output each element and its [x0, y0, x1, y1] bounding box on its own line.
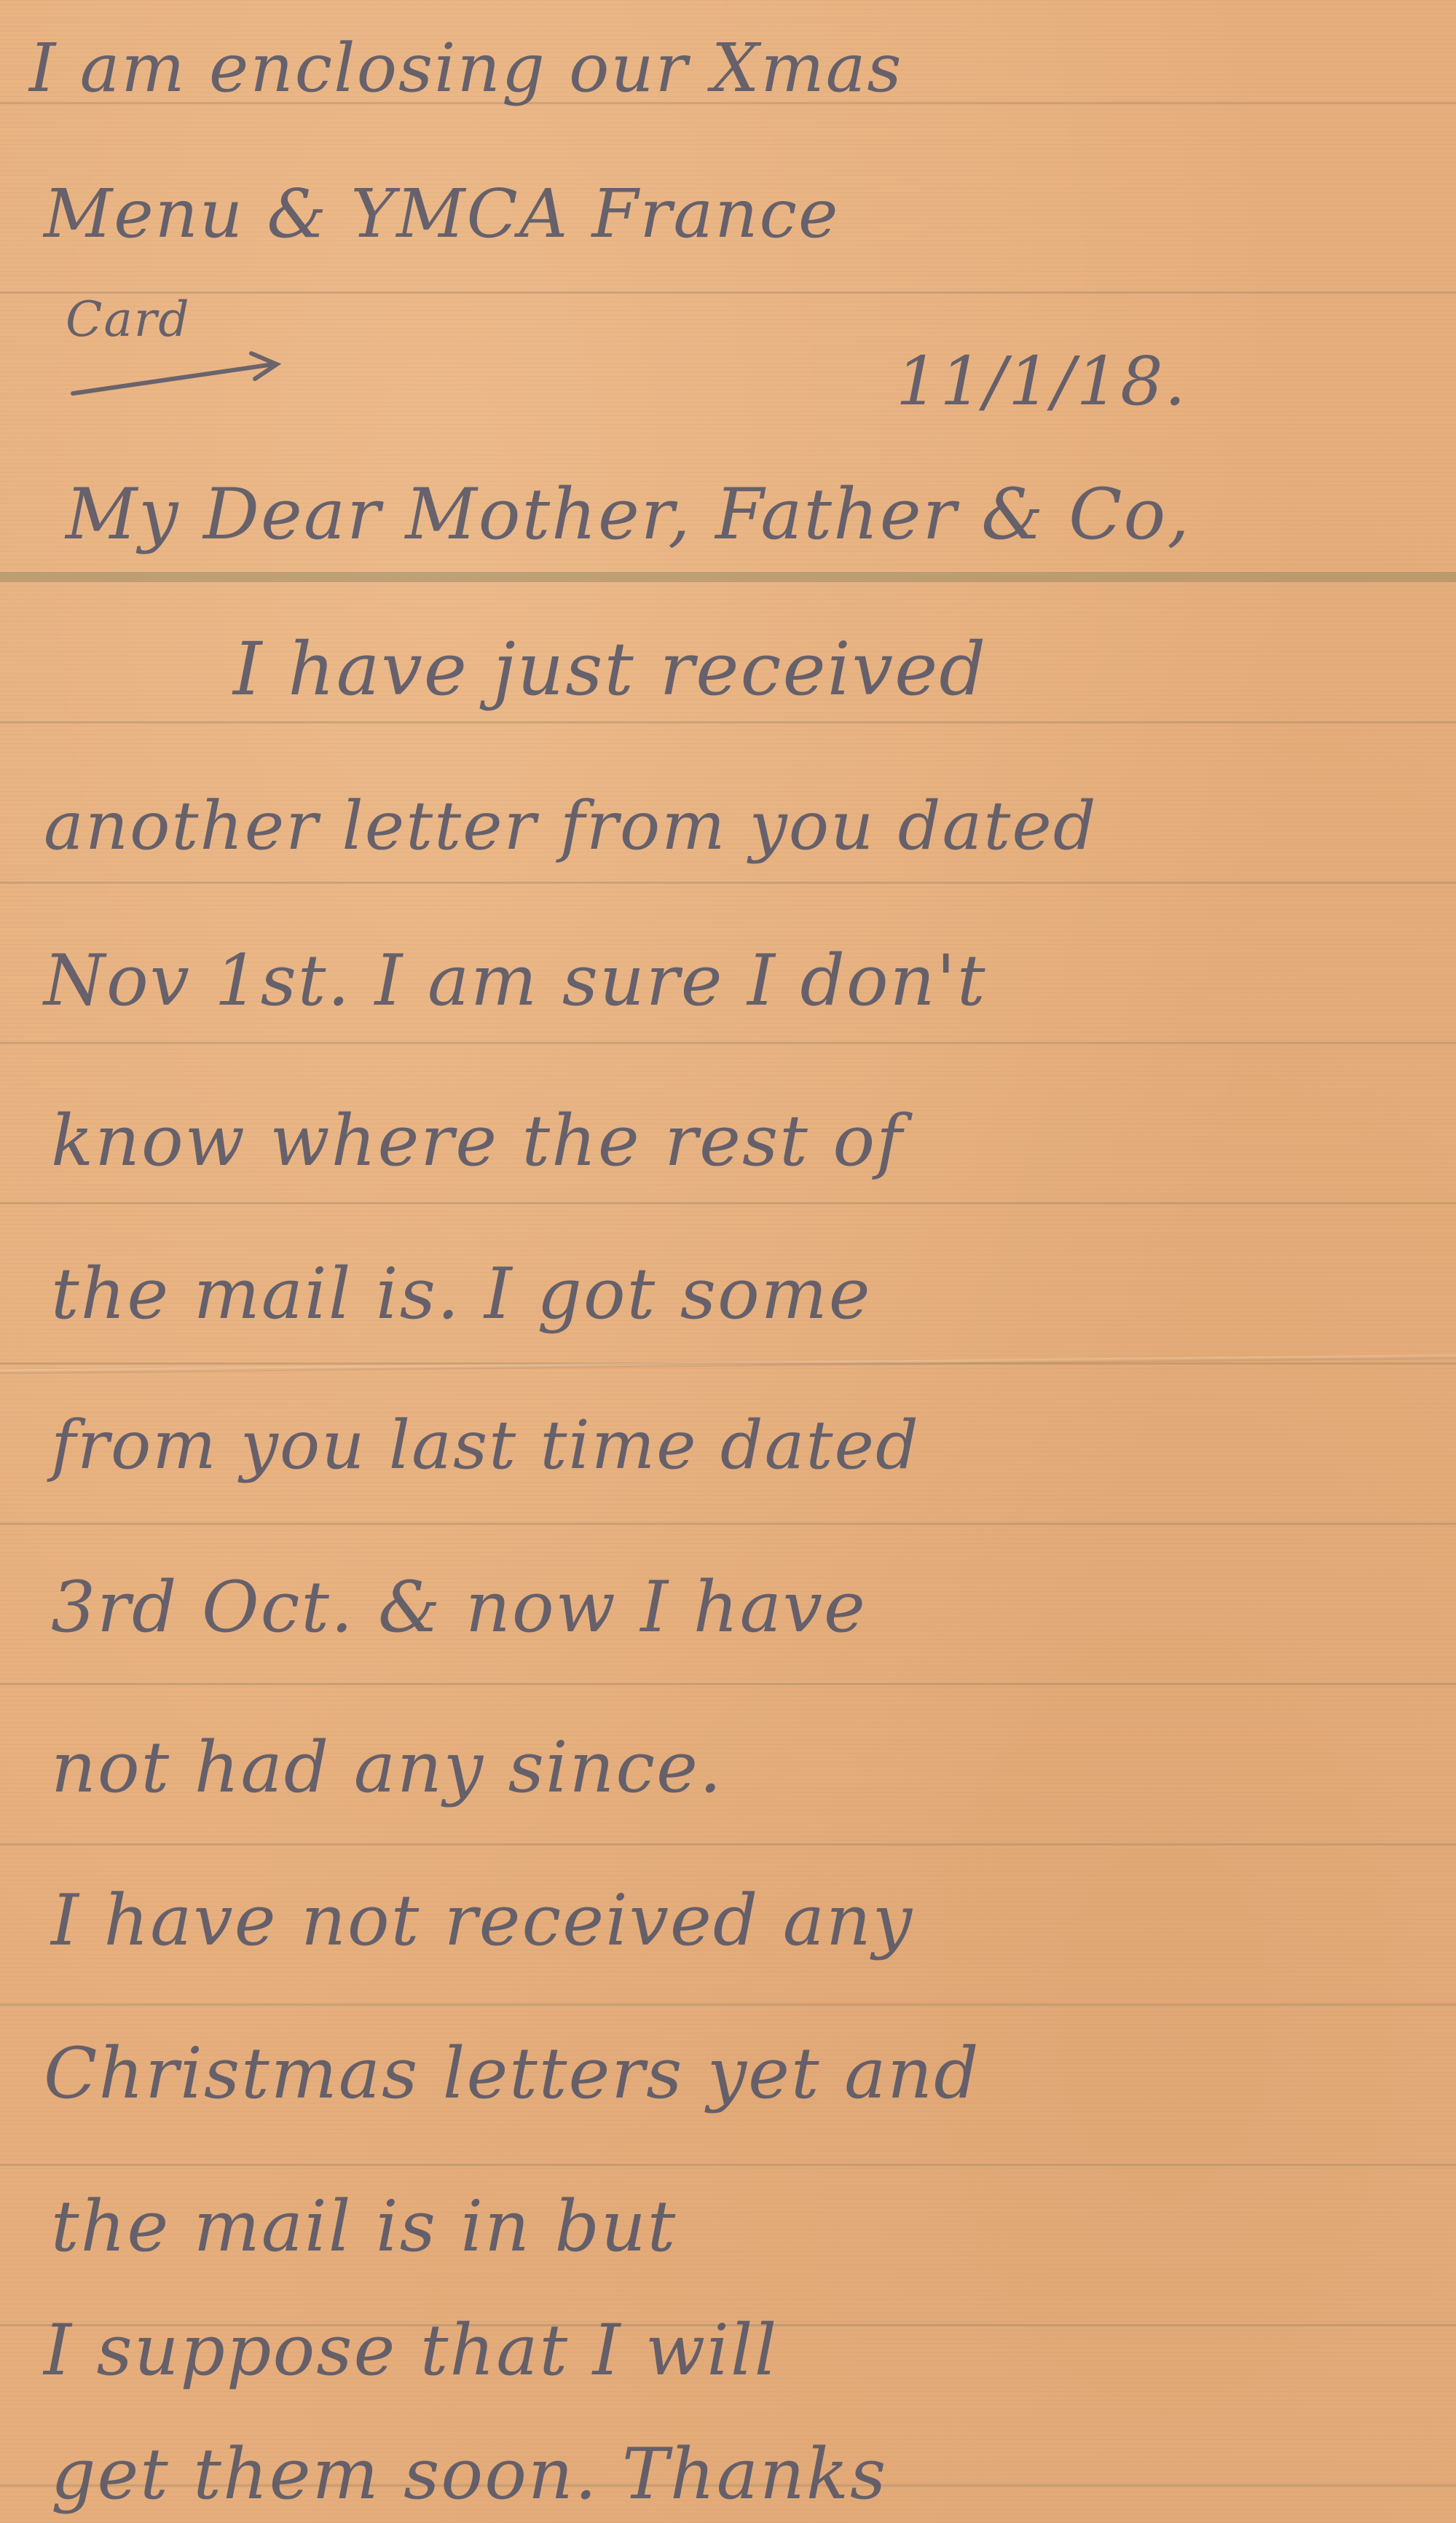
- ruled-line: [0, 2004, 1456, 2006]
- ruled-line: [0, 1523, 1456, 1525]
- body-line-10: Christmas letters yet and: [44, 2033, 980, 2114]
- ruled-line: [0, 291, 1456, 294]
- letter-paper: I am enclosing our Xmas Menu & YMCA Fran…: [0, 0, 1456, 2523]
- fold-line: [0, 572, 1456, 582]
- margin-note-line-2: Menu & YMCA France: [44, 175, 839, 253]
- ruled-line: [0, 882, 1456, 884]
- ruled-line: [0, 721, 1456, 723]
- body-line-4: know where the rest of: [51, 1100, 904, 1182]
- body-line-6: from you last time dated: [51, 1406, 920, 1484]
- margin-note-line-1: I am enclosing our Xmas: [29, 29, 903, 107]
- body-line-5: the mail is. I got some: [51, 1253, 872, 1335]
- body-line-13: get them soon. Thanks: [51, 2433, 887, 2515]
- margin-note-line-3: Card: [66, 291, 191, 348]
- body-line-1: I have just received: [233, 627, 987, 712]
- salutation: My Dear Mother, Father & Co,: [66, 474, 1191, 555]
- ruled-line: [0, 2164, 1456, 2166]
- arrow-icon: [69, 350, 288, 401]
- body-line-7: 3rd Oct. & now I have: [51, 1566, 867, 1648]
- body-line-2: another letter from you dated: [44, 787, 1098, 865]
- body-line-8: not had any since.: [51, 1727, 723, 1808]
- ruled-line: [0, 1683, 1456, 1685]
- body-line-9: I have not received any: [51, 1880, 913, 1961]
- ruled-line: [0, 1042, 1456, 1044]
- ruled-line: [0, 1843, 1456, 1845]
- body-line-3: Nov 1st. I am sure I don't: [44, 940, 987, 1021]
- ruled-line: [0, 1202, 1456, 1204]
- body-line-11: the mail is in but: [51, 2186, 677, 2267]
- letter-date: 11/1/18.: [896, 342, 1187, 420]
- body-line-12: I suppose that I will: [44, 2310, 778, 2391]
